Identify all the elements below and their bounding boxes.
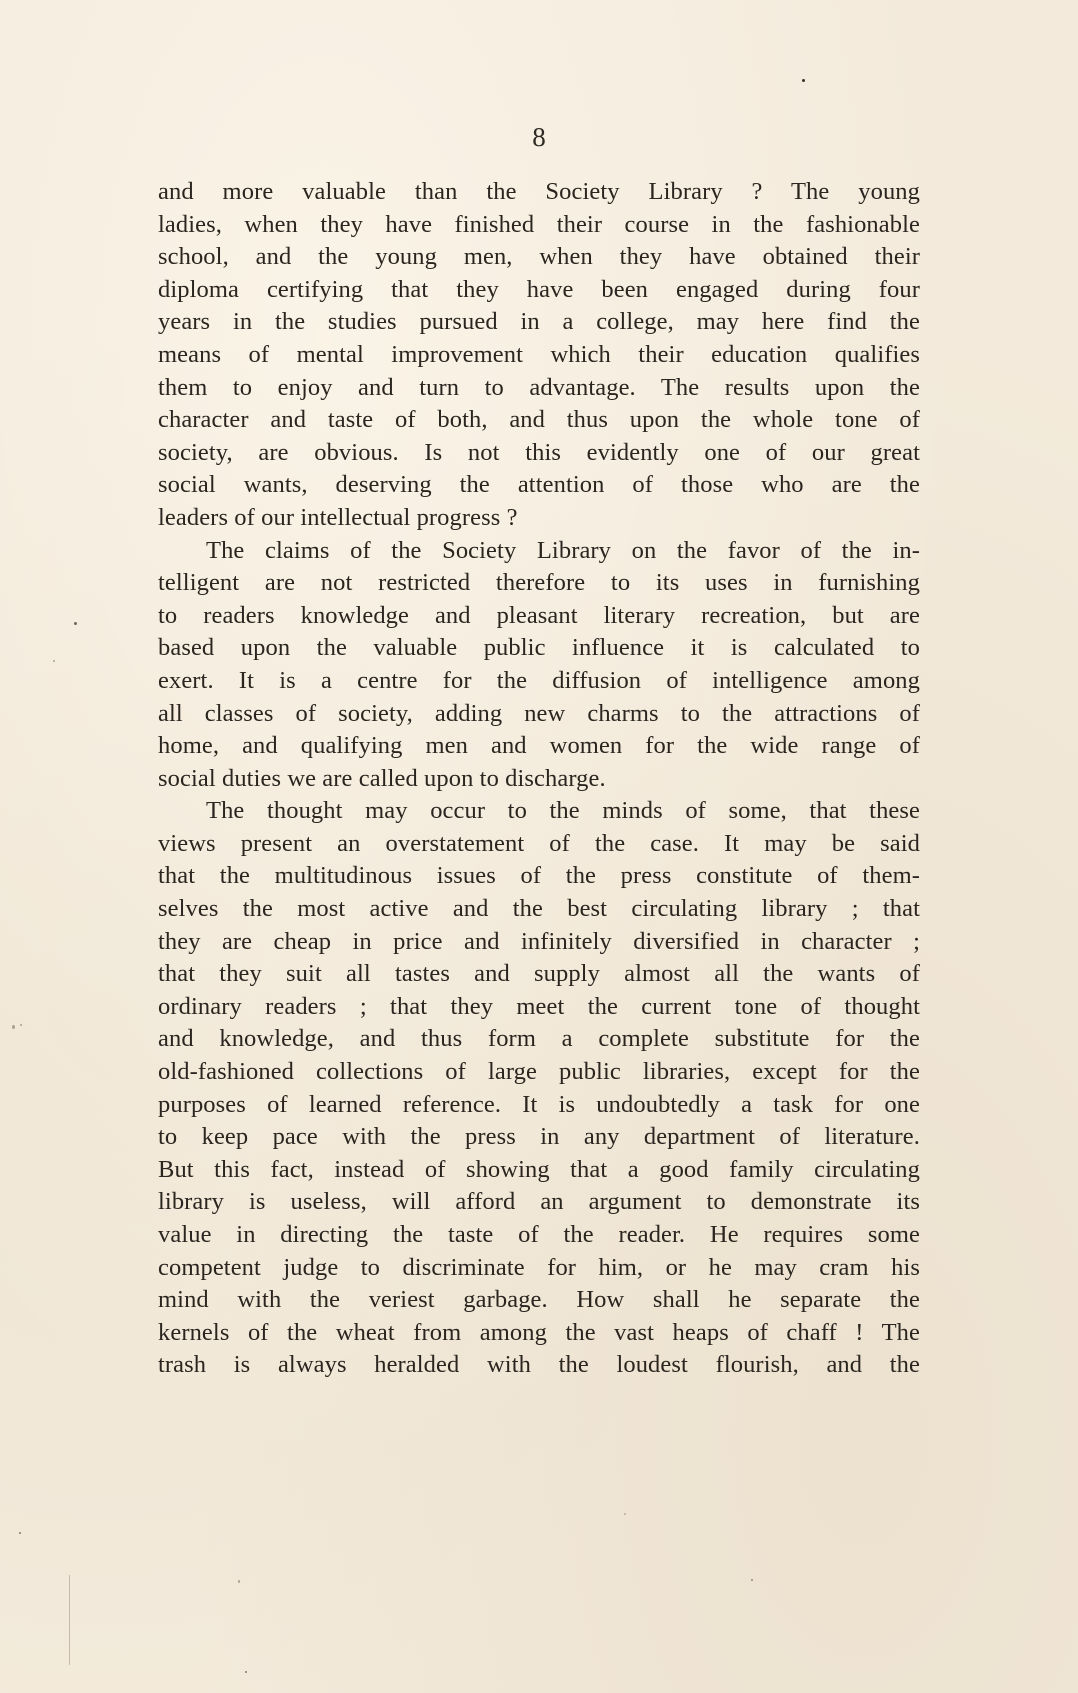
text-line: society, are obvious. Is not this eviden… (158, 437, 920, 470)
paper-speck (624, 1513, 626, 1515)
text-line: telligent are not restricted therefore t… (158, 567, 920, 600)
text-line: value in directing the taste of the read… (158, 1219, 920, 1252)
text-line: social wants, deserving the attention of… (158, 469, 920, 502)
text-line: leaders of our intellectual progress ? (158, 502, 920, 535)
document-page: 8 and more valuable than the Society Lib… (0, 0, 1078, 1693)
text-line: to keep pace with the press in any depar… (158, 1121, 920, 1154)
text-line: character and taste of both, and thus up… (158, 404, 920, 437)
text-line: views present an overstatement of the ca… (158, 828, 920, 861)
text-line: exert. It is a centre for the diffusion … (158, 665, 920, 698)
text-line: home, and qualifying men and women for t… (158, 730, 920, 763)
text-line: they are cheap in price and infinitely d… (158, 926, 920, 959)
text-line: and knowledge, and thus form a complete … (158, 1023, 920, 1056)
text-line: them to enjoy and turn to advantage. The… (158, 372, 920, 405)
text-line: to readers knowledge and pleasant litera… (158, 600, 920, 633)
paper-speck (238, 1580, 240, 1583)
text-line: social duties we are called upon to disc… (158, 763, 920, 796)
text-line: all classes of society, adding new charm… (158, 698, 920, 731)
paragraph: and more valuable than the Society Libra… (158, 176, 920, 535)
text-line: library is useless, will afford an argum… (158, 1186, 920, 1219)
text-line: and more valuable than the Society Libra… (158, 176, 920, 209)
page-number: 8 (0, 122, 1078, 153)
text-line: selves the most active and the best circ… (158, 893, 920, 926)
text-line: mind with the veriest garbage. How shall… (158, 1284, 920, 1317)
text-line: The thought may occur to the minds of so… (158, 795, 920, 828)
text-line: ladies, when they have finished their co… (158, 209, 920, 242)
text-line: that they suit all tastes and supply alm… (158, 958, 920, 991)
paper-speck (802, 79, 805, 82)
paragraph: The thought may occur to the minds of so… (158, 795, 920, 1382)
paper-crease (69, 1575, 70, 1665)
text-line: means of mental improvement which their … (158, 339, 920, 372)
paper-speck (751, 1579, 753, 1581)
paragraph: The claims of the Society Library on the… (158, 535, 920, 796)
text-line: based upon the valuable public influence… (158, 632, 920, 665)
text-line: purposes of learned reference. It is und… (158, 1089, 920, 1122)
text-line: competent judge to discriminate for him,… (158, 1252, 920, 1285)
paper-speck (245, 1671, 247, 1673)
paper-speck (20, 1024, 22, 1026)
text-line: The claims of the Society Library on the… (158, 535, 920, 568)
text-line: old-fashioned collections of large publi… (158, 1056, 920, 1089)
text-line: years in the studies pursued in a colleg… (158, 306, 920, 339)
paper-speck (74, 622, 77, 625)
paper-speck (19, 1532, 21, 1534)
text-line: diploma certifying that they have been e… (158, 274, 920, 307)
paper-speck (53, 660, 55, 662)
text-line: school, and the young men, when they hav… (158, 241, 920, 274)
text-line: kernels of the wheat from among the vast… (158, 1317, 920, 1350)
text-line: that the multitudinous issues of the pre… (158, 860, 920, 893)
text-line: trash is always heralded with the loudes… (158, 1349, 920, 1382)
paper-speck (12, 1025, 15, 1029)
text-line: ordinary readers ; that they meet the cu… (158, 991, 920, 1024)
text-line: But this fact, instead of showing that a… (158, 1154, 920, 1187)
body-text: and more valuable than the Society Libra… (158, 176, 920, 1382)
